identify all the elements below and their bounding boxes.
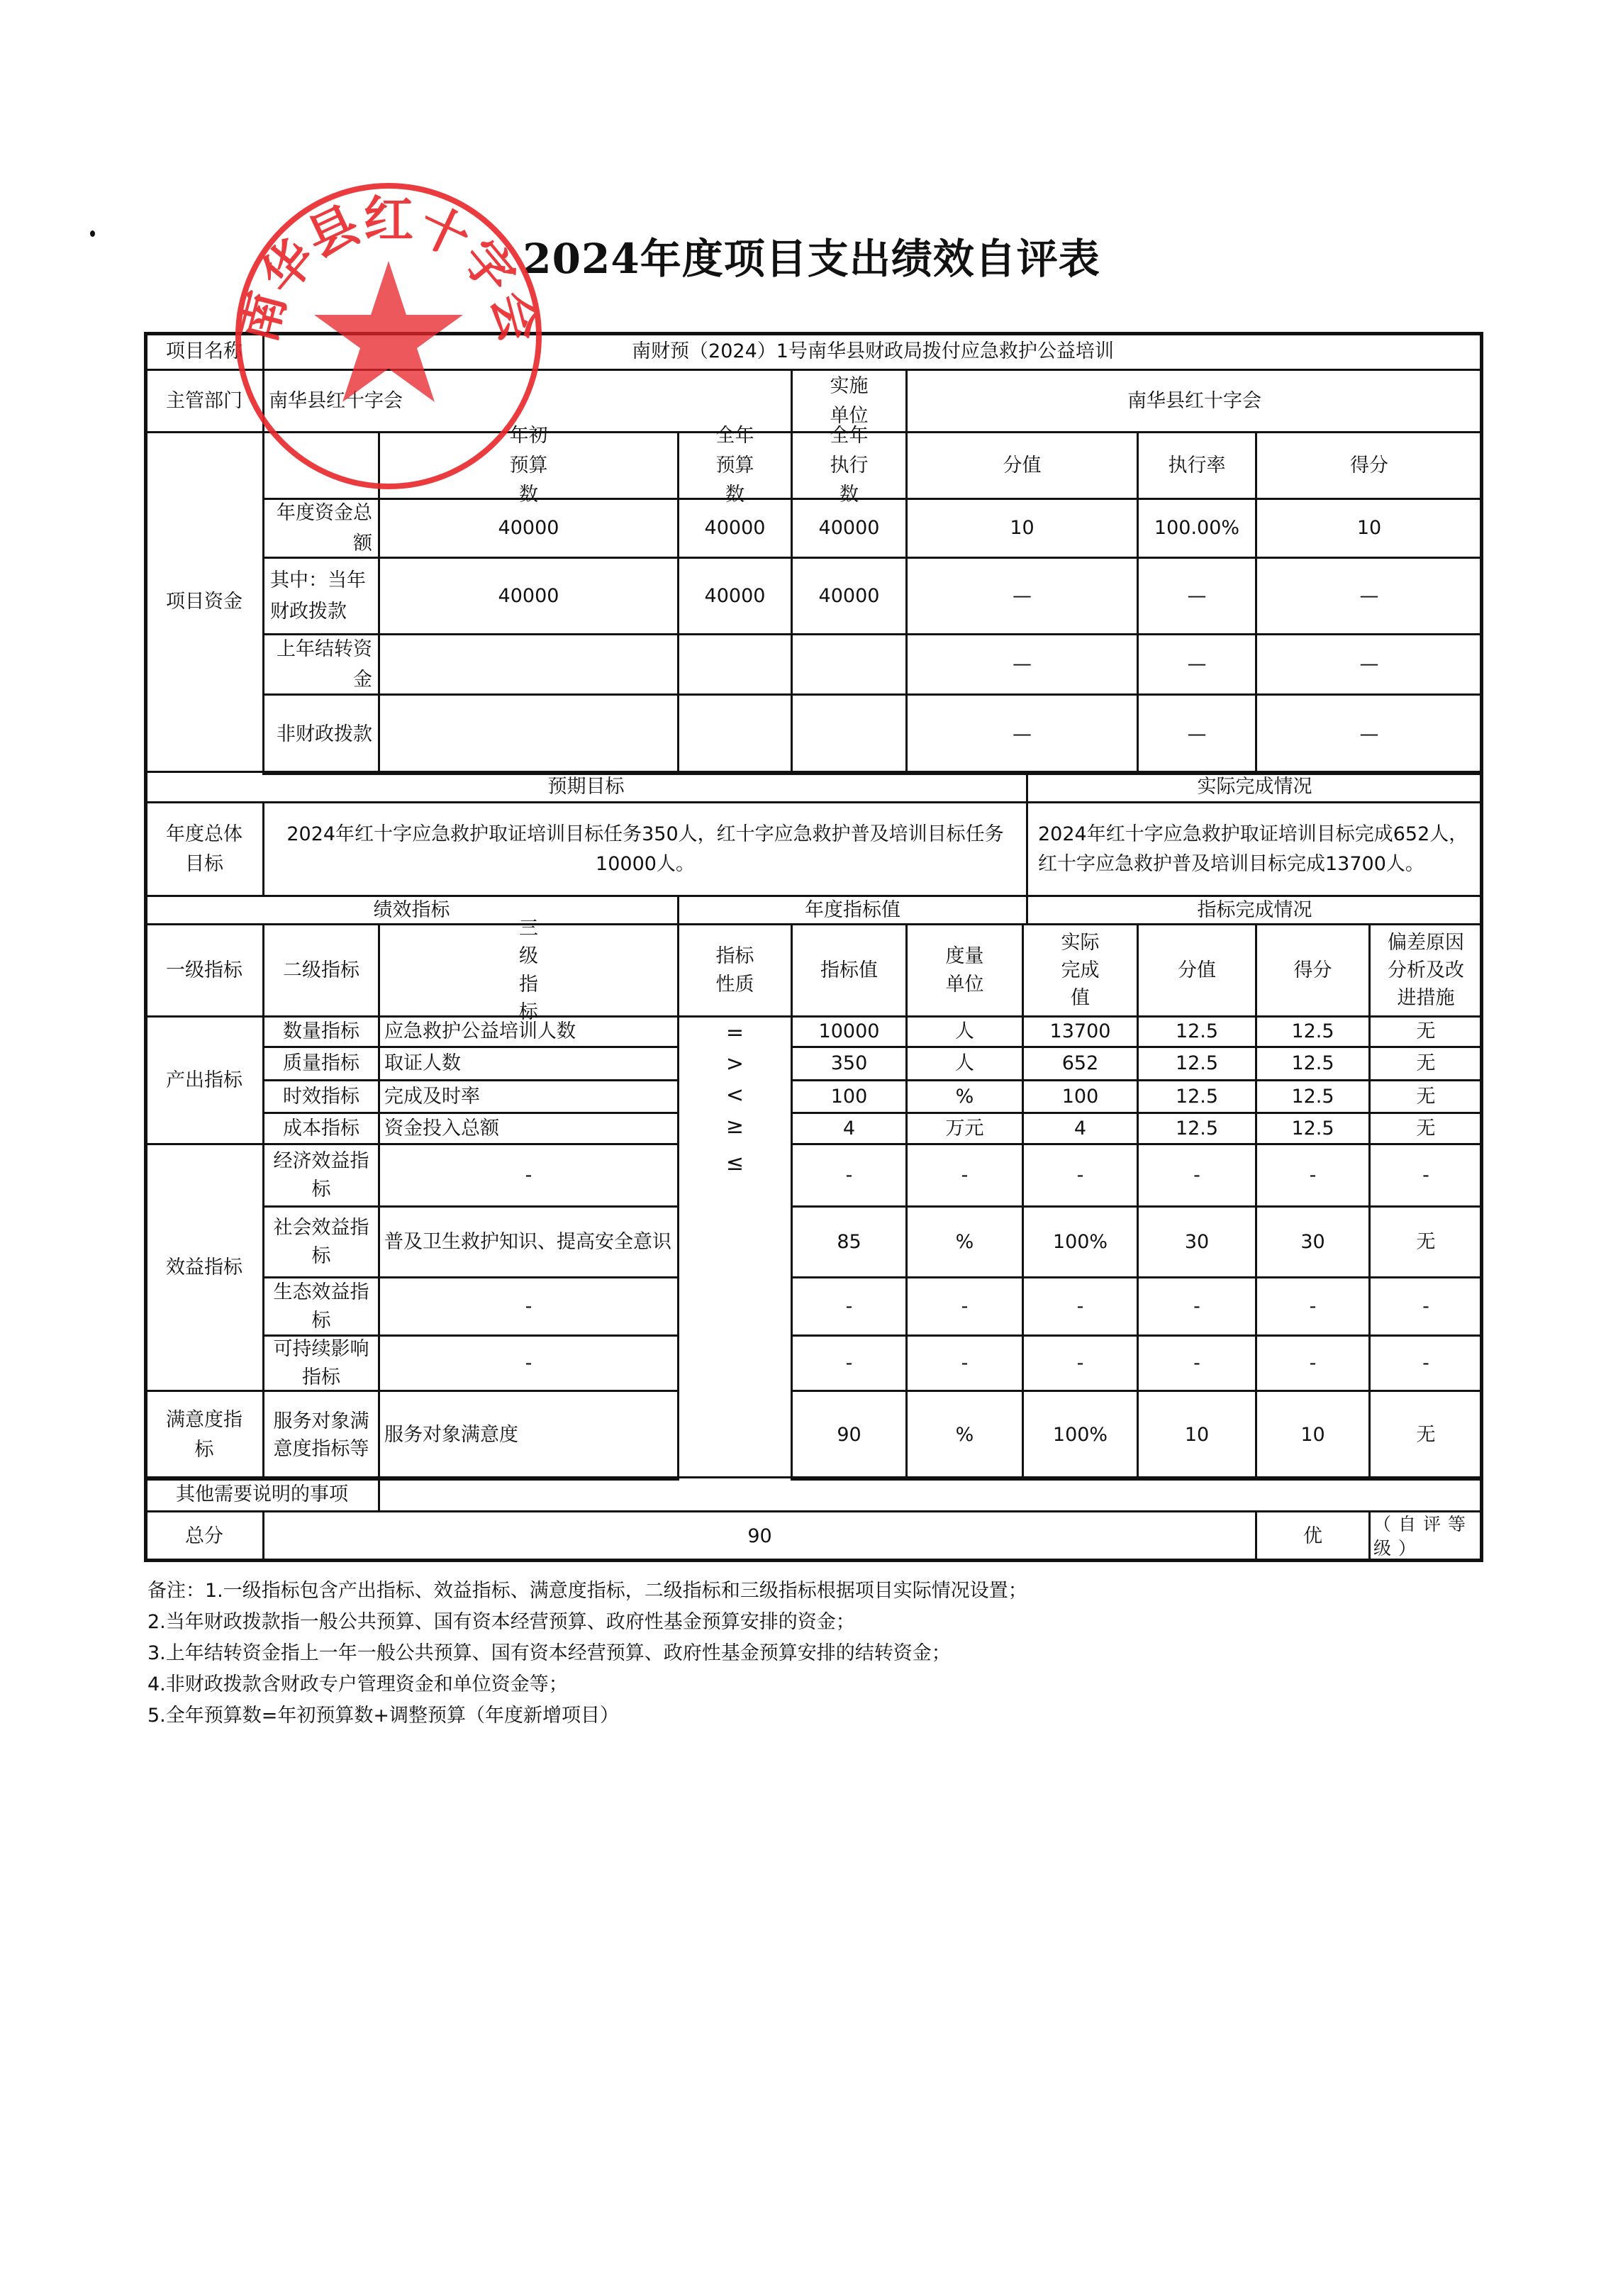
score: - <box>1255 1334 1371 1392</box>
score-value: 12.5 <box>1137 1046 1257 1081</box>
funding-score-value-cell: — <box>905 693 1139 775</box>
grade-note: （自评等级） <box>1368 1510 1483 1562</box>
score-value: - <box>1137 1276 1257 1337</box>
level2-indicator: 数量指标 <box>262 1015 380 1048</box>
unit: % <box>905 1079 1024 1114</box>
score-value: 12.5 <box>1137 1015 1257 1048</box>
funding-rate-cell: 100.00% <box>1137 498 1257 559</box>
indicator-column-header: 分值 <box>1137 923 1257 1018</box>
target-value: 350 <box>791 1046 908 1081</box>
funding-rate-cell: — <box>1137 633 1257 696</box>
target-value: 100 <box>791 1079 908 1114</box>
deviation-analysis: 无 <box>1368 1390 1483 1481</box>
target-value: - <box>791 1276 908 1337</box>
level3-indicator: 资金投入总额 <box>378 1112 679 1145</box>
nature-symbol: > <box>726 1049 744 1080</box>
level3-indicator: 完成及时率 <box>378 1079 679 1114</box>
funding-score-cell: — <box>1255 557 1483 635</box>
level2-indicator: 经济效益指标 <box>262 1143 380 1208</box>
level2-indicator: 成本指标 <box>262 1112 380 1145</box>
funding-annual-cell <box>677 633 793 696</box>
unit: - <box>905 1334 1024 1392</box>
level3-indicator: - <box>378 1276 679 1337</box>
score: 12.5 <box>1255 1015 1371 1048</box>
page-title: 2024年度项目支出绩效自评表 <box>0 225 1623 285</box>
level3-indicator: - <box>378 1143 679 1208</box>
indicator-column-header: 指标性质 <box>677 923 793 1018</box>
deviation-analysis: 无 <box>1368 1046 1483 1081</box>
actual-value: 100% <box>1022 1390 1139 1481</box>
nature-symbol: < <box>726 1080 744 1111</box>
funding-header-rate: 执行率 <box>1137 431 1257 500</box>
target-value: 10000 <box>791 1015 908 1048</box>
target-value: 4 <box>791 1112 908 1145</box>
actual-value: - <box>1022 1276 1139 1337</box>
indicator-column-header: 偏差原因分析及改进措施 <box>1368 923 1483 1018</box>
funding-initial-cell: 40000 <box>378 498 679 559</box>
unit: 人 <box>905 1046 1024 1081</box>
unit: - <box>905 1143 1024 1208</box>
score: 12.5 <box>1255 1046 1371 1081</box>
score: 10 <box>1255 1390 1371 1481</box>
indicator-column-header: 二级指标 <box>262 923 380 1018</box>
annual-goal-actual: 2024年红十字应急救护取证培训目标完成652人，红十字应急救护普及培训目标完成… <box>1026 801 1483 897</box>
funding-annual-cell <box>677 693 793 775</box>
actual-value: 4 <box>1022 1112 1139 1145</box>
funding-initial-cell <box>378 633 679 696</box>
level3-indicator: 普及卫生救护知识、提高安全意识 <box>378 1205 679 1278</box>
level2-indicator: 时效指标 <box>262 1079 380 1114</box>
score-value: - <box>1137 1334 1257 1392</box>
funding-score-value-cell: 10 <box>905 498 1139 559</box>
level2-indicator: 质量指标 <box>262 1046 380 1081</box>
note-item: 2.当年财政拨款指一般公共预算、国有资本经营预算、政府性基金预算安排的资金； <box>147 1607 1027 1638</box>
level1-indicator: 产出指标 <box>144 1015 264 1145</box>
funding-header-blank <box>262 431 380 500</box>
project-name-value: 南财预（2024）1号南华县财政局拨付应急救护公益培训 <box>262 332 1483 371</box>
indicator-column-header: 指标值 <box>791 923 908 1018</box>
level3-indicator: 取证人数 <box>378 1046 679 1081</box>
level2-indicator: 社会效益指标 <box>262 1205 380 1278</box>
funding-section-label: 项目资金 <box>144 431 264 773</box>
level3-indicator: - <box>378 1334 679 1392</box>
actual-goal-header: 实际完成情况 <box>1026 771 1483 803</box>
actual-value: - <box>1022 1143 1139 1208</box>
target-value: - <box>791 1334 908 1392</box>
other-matters-label: 其他需要说明的事项 <box>144 1476 380 1512</box>
indicator-group-header-metrics: 绩效指标 <box>144 895 679 925</box>
actual-value: 13700 <box>1022 1015 1139 1048</box>
indicator-column-header: 得分 <box>1255 923 1371 1018</box>
target-value: 85 <box>791 1205 908 1278</box>
total-score-value: 90 <box>262 1510 1257 1562</box>
actual-value: 652 <box>1022 1046 1139 1081</box>
funding-initial-cell <box>378 693 679 775</box>
dept-label: 主管部门 <box>144 369 264 433</box>
nature-symbol: ≤ <box>726 1148 744 1179</box>
score-value: 12.5 <box>1137 1112 1257 1145</box>
score: - <box>1255 1276 1371 1337</box>
annual-goal-expected: 2024年红十字应急救护取证培训目标任务350人，红十字应急救护普及培训目标任务… <box>262 801 1028 897</box>
score: 30 <box>1255 1205 1371 1278</box>
deviation-analysis: 无 <box>1368 1079 1483 1114</box>
indicator-column-header: 三级指标 <box>378 923 679 1018</box>
unit: 人 <box>905 1015 1024 1048</box>
actual-value: - <box>1022 1334 1139 1392</box>
funding-score-cell: — <box>1255 693 1483 775</box>
funding-annual-cell: 40000 <box>677 557 793 635</box>
funding-initial-cell: 40000 <box>378 557 679 635</box>
funding-row-label: 上年结转资金 <box>262 633 380 696</box>
other-matters-value <box>378 1476 1483 1512</box>
funding-header-score: 得分 <box>1255 431 1483 500</box>
impl-value: 南华县红十字会 <box>905 369 1483 433</box>
funding-row-label: 年度资金总额 <box>262 498 380 559</box>
unit: 万元 <box>905 1112 1024 1145</box>
deviation-analysis: 无 <box>1368 1015 1483 1048</box>
indicator-column-header: 一级指标 <box>144 923 264 1018</box>
notes: 备注：1.一级指标包含产出指标、效益指标、满意度指标，二级指标和三级指标根据项目… <box>147 1576 1027 1732</box>
level3-indicator: 服务对象满意度 <box>378 1390 679 1481</box>
deviation-analysis: - <box>1368 1276 1483 1337</box>
actual-value: 100% <box>1022 1205 1139 1278</box>
unit: - <box>905 1276 1024 1337</box>
funding-executed-cell: 40000 <box>791 498 908 559</box>
score-value: 12.5 <box>1137 1079 1257 1114</box>
funding-header-score-value: 分值 <box>905 431 1139 500</box>
level3-indicator: 应急救护公益培训人数 <box>378 1015 679 1048</box>
expected-goal-header: 预期目标 <box>144 771 1028 803</box>
funding-rate-cell: — <box>1137 693 1257 775</box>
score: 12.5 <box>1255 1112 1371 1145</box>
score-value: 10 <box>1137 1390 1257 1481</box>
level1-indicator: 效益指标 <box>144 1143 264 1392</box>
target-value: 90 <box>791 1390 908 1481</box>
level2-indicator: 服务对象满意度指标等 <box>262 1390 380 1481</box>
funding-row-label: 非财政拨款 <box>262 693 380 775</box>
level1-indicator: 满意度指标 <box>144 1390 264 1481</box>
score-value: 30 <box>1137 1205 1257 1278</box>
indicator-nature-column: =><≥≤ <box>677 1015 793 1478</box>
score-value: - <box>1137 1143 1257 1208</box>
note-item: 备注：1.一级指标包含产出指标、效益指标、满意度指标，二级指标和三级指标根据项目… <box>147 1576 1027 1607</box>
funding-row-label: 其中：当年财政拨款 <box>262 557 380 635</box>
score: - <box>1255 1143 1371 1208</box>
unit: % <box>905 1390 1024 1481</box>
score: 12.5 <box>1255 1079 1371 1114</box>
grade-value: 优 <box>1255 1510 1371 1562</box>
level2-indicator: 生态效益指标 <box>262 1276 380 1337</box>
funding-executed-cell <box>791 693 908 775</box>
deviation-analysis: - <box>1368 1143 1483 1208</box>
nature-symbol: = <box>726 1018 744 1049</box>
indicator-group-header-target: 年度指标值 <box>677 895 1028 925</box>
deviation-analysis: 无 <box>1368 1205 1483 1278</box>
funding-header-annual: 全年预算数 <box>677 431 793 500</box>
annual-goal-label: 年度总体目标 <box>144 801 264 897</box>
indicator-group-header-completion: 指标完成情况 <box>1026 895 1483 925</box>
funding-header-initial: 年初预算数 <box>378 431 679 500</box>
note-item: 4.非财政拨款含财政专户管理资金和单位资金等； <box>147 1669 1027 1700</box>
actual-value: 100 <box>1022 1079 1139 1114</box>
funding-score-cell: — <box>1255 633 1483 696</box>
funding-header-executed: 全年执行数 <box>791 431 908 500</box>
indicator-column-header: 实际完成值 <box>1022 923 1139 1018</box>
deviation-analysis: - <box>1368 1334 1483 1392</box>
total-score-label: 总分 <box>144 1510 264 1562</box>
unit: % <box>905 1205 1024 1278</box>
funding-rate-cell: — <box>1137 557 1257 635</box>
funding-executed-cell <box>791 633 908 696</box>
indicator-column-header: 度量单位 <box>905 923 1024 1018</box>
funding-executed-cell: 40000 <box>791 557 908 635</box>
nature-symbol: ≥ <box>726 1111 744 1142</box>
note-item: 5.全年预算数=年初预算数+调整预算（年度新增项目） <box>147 1700 1027 1732</box>
deviation-analysis: 无 <box>1368 1112 1483 1145</box>
note-item: 3.上年结转资金指上一年一般公共预算、国有资本经营预算、政府性基金预算安排的结转… <box>147 1638 1027 1669</box>
target-value: - <box>791 1143 908 1208</box>
funding-score-cell: 10 <box>1255 498 1483 559</box>
funding-score-value-cell: — <box>905 557 1139 635</box>
level2-indicator: 可持续影响指标 <box>262 1334 380 1392</box>
project-name-label: 项目名称 <box>144 332 264 371</box>
funding-annual-cell: 40000 <box>677 498 793 559</box>
funding-score-value-cell: — <box>905 633 1139 696</box>
